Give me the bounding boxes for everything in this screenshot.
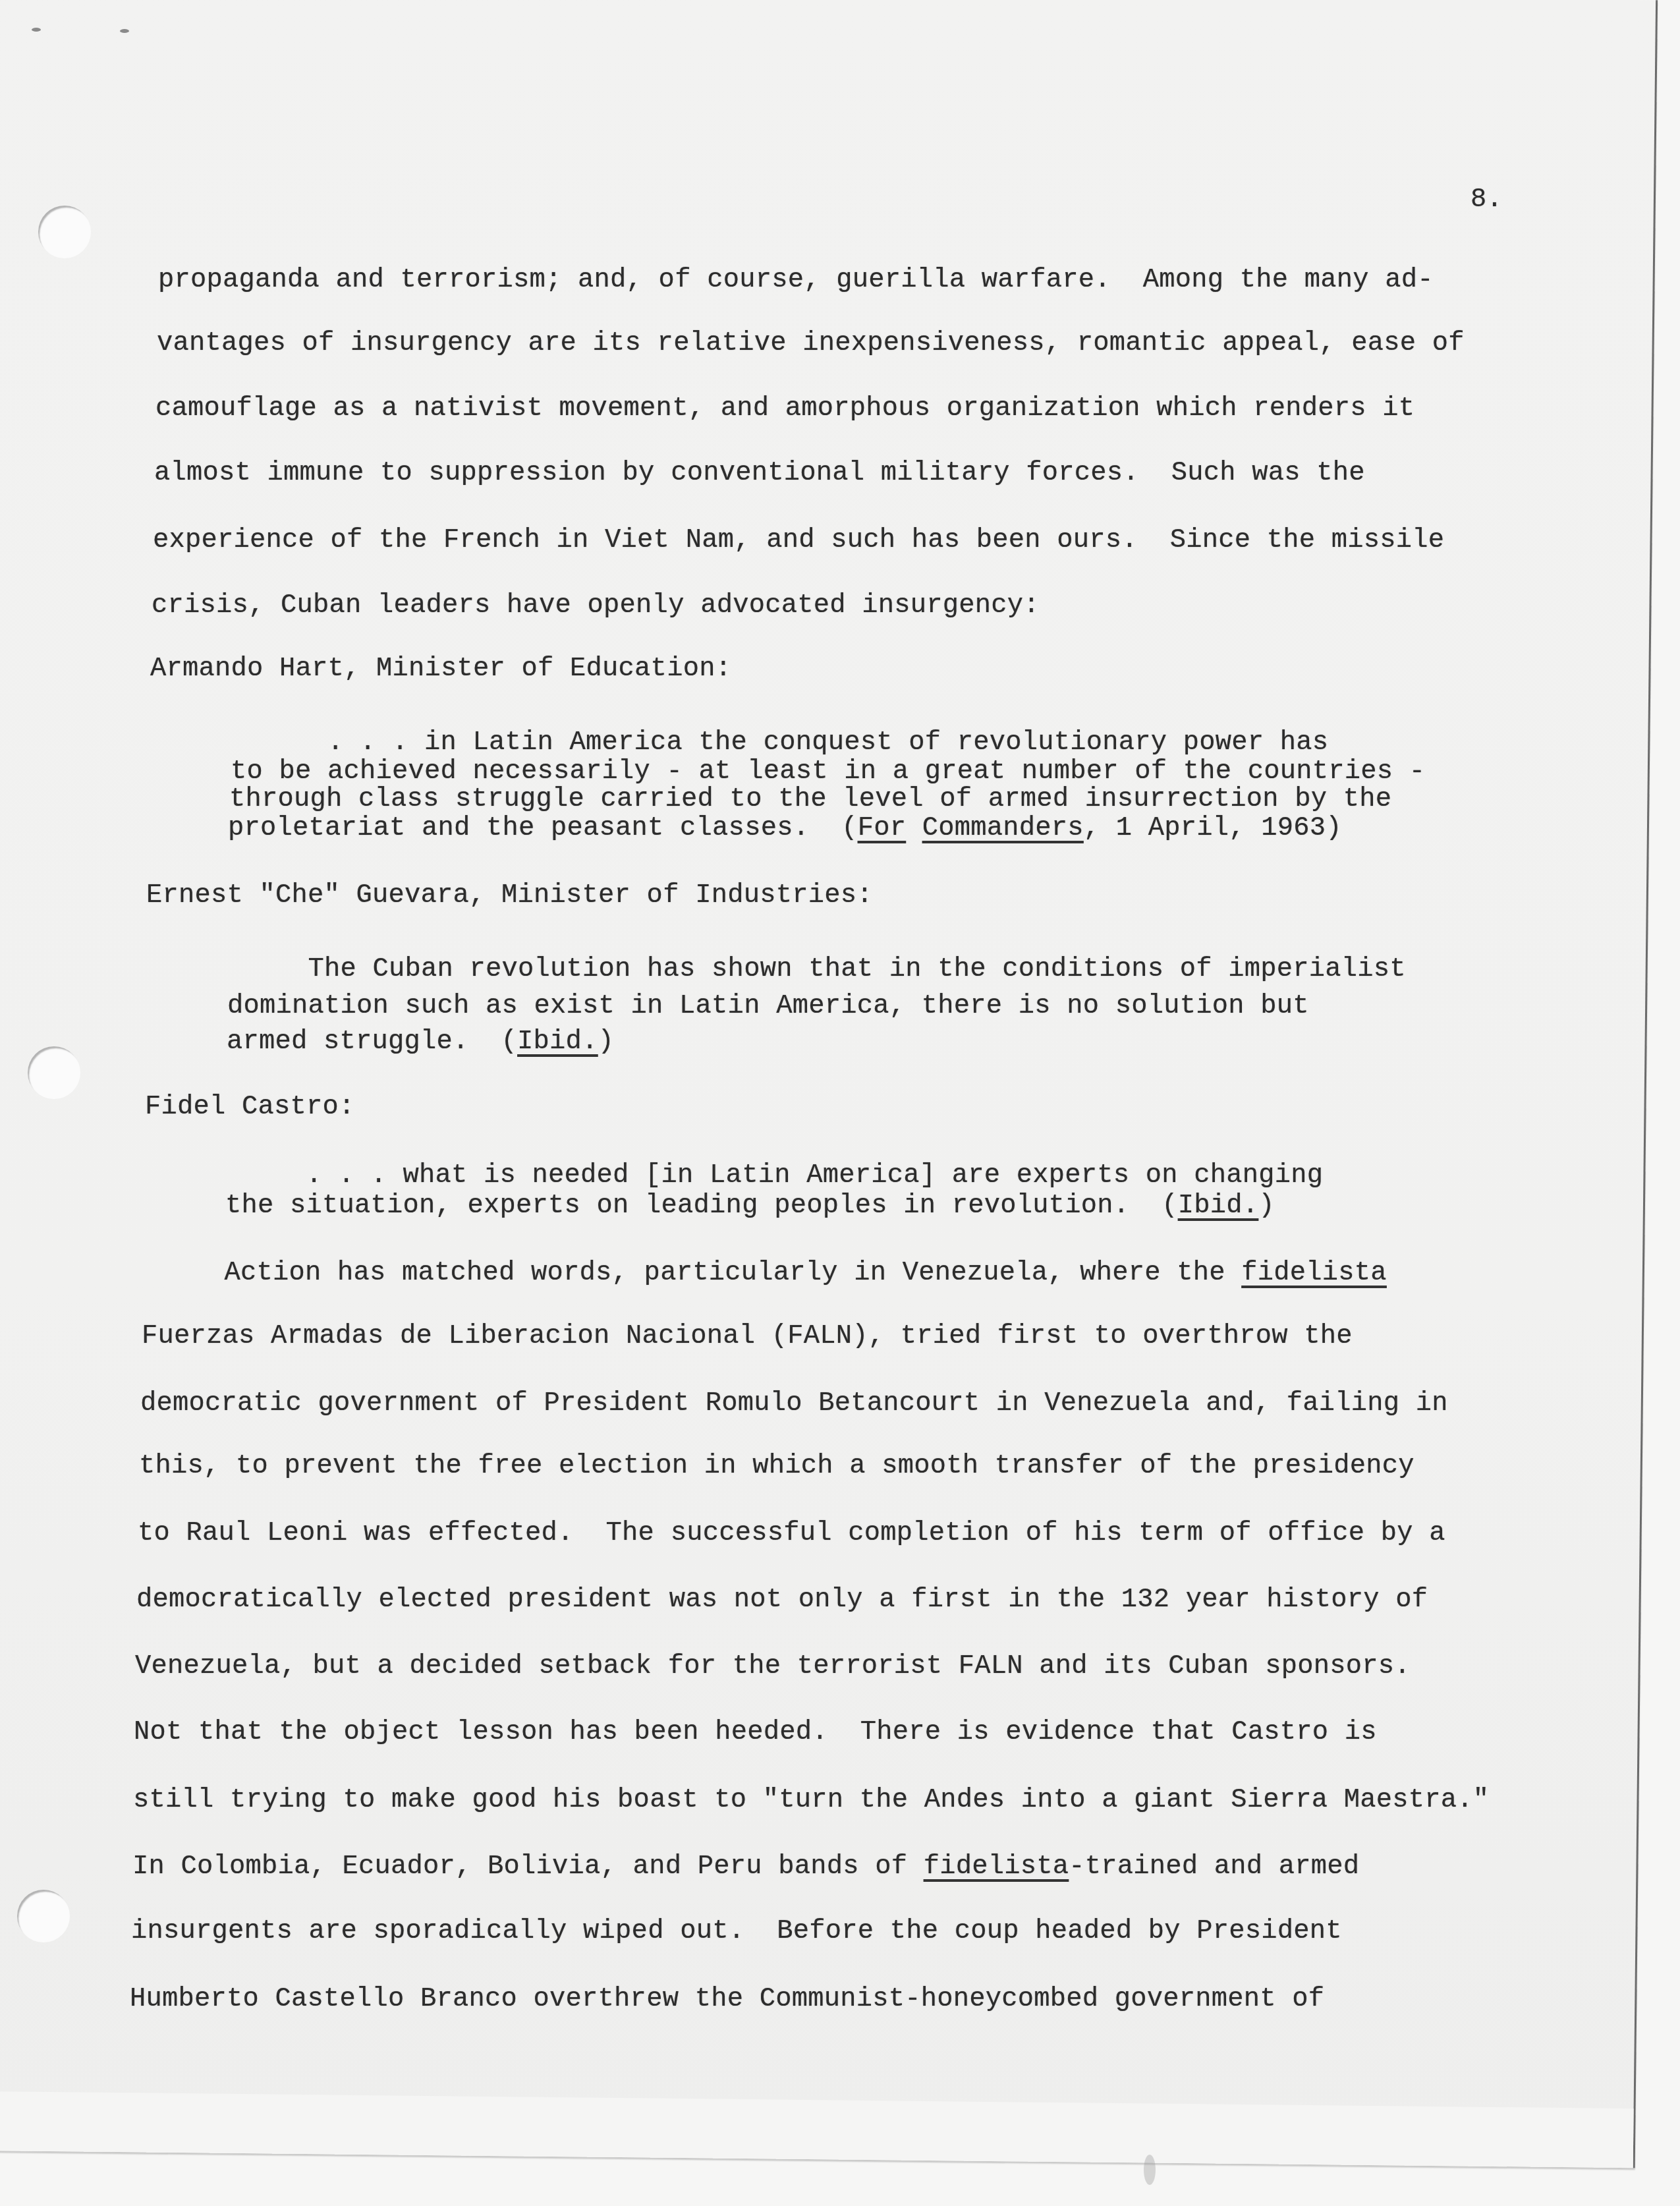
text-segment: to be achieved necessarily - at least in…	[231, 756, 1425, 787]
text-line: Humberto Castello Branco overthrew the C…	[130, 1985, 1324, 2014]
text-segment: . . . what is needed [in Latin America] …	[225, 1160, 1323, 1191]
text-line: Venezuela, but a decided setback for the…	[135, 1652, 1411, 1681]
text-segment: Not that the object lesson has been heed…	[134, 1717, 1377, 1747]
text-line: to be achieved necessarily - at least in…	[231, 757, 1425, 786]
text-segment: crisis, Cuban leaders have openly advoca…	[152, 590, 1040, 621]
text-segment: Ernest "Che" Guevara, Minister of Indust…	[146, 880, 873, 911]
text-line: proletariat and the peasant classes. (Fo…	[228, 814, 1342, 843]
text-line: In Colombia, Ecuador, Bolivia, and Peru …	[132, 1852, 1359, 1881]
text-segment: Humberto Castello Branco overthrew the C…	[130, 1984, 1324, 2014]
text-segment: , 1 April, 1963)	[1084, 813, 1342, 843]
text-segment: Fidel Castro:	[145, 1092, 355, 1122]
text-line: domination such as exist in Latin Americ…	[227, 992, 1309, 1021]
text-segment: propaganda and terrorism; and, of course…	[158, 265, 1434, 295]
text-line: almost immune to suppression by conventi…	[154, 459, 1365, 488]
underlined-text: Ibid.	[517, 1027, 598, 1057]
text-segment: Fuerzas Armadas de Liberacion Nacional (…	[142, 1321, 1353, 1351]
text-line: vantages of insurgency are its relative …	[157, 329, 1465, 358]
text-segment: still trying to make good his boast to "…	[133, 1785, 1489, 1815]
text-line: to Raul Leoni was effected. The successf…	[138, 1519, 1445, 1548]
underlined-text: fidelista	[924, 1852, 1069, 1882]
text-line: Ernest "Che" Guevara, Minister of Indust…	[146, 881, 873, 910]
text-segment	[906, 813, 922, 843]
text-line: camouflage as a nativist movement, and a…	[155, 394, 1414, 423]
underlined-text: Ibid.	[1178, 1191, 1259, 1221]
text-segment: Venezuela, but a decided setback for the…	[135, 1651, 1411, 1682]
text-segment: vantages of insurgency are its relative …	[157, 328, 1465, 358]
text-line: experience of the French in Viet Nam, an…	[153, 526, 1444, 555]
text-line: Armando Hart, Minister of Education:	[150, 654, 731, 683]
text-segment: through class struggle carried to the le…	[229, 784, 1391, 814]
text-segment: to Raul Leoni was effected. The successf…	[138, 1518, 1445, 1548]
text-line: Fidel Castro:	[145, 1092, 355, 1121]
typed-text-body: propaganda and terrorism; and, of course…	[0, 0, 1680, 2206]
text-segment: proletariat and the peasant classes. (	[228, 813, 858, 843]
underlined-text: fidelista	[1241, 1258, 1387, 1288]
text-line: insurgents are sporadically wiped out. B…	[131, 1917, 1342, 1946]
text-line: still trying to make good his boast to "…	[133, 1786, 1489, 1815]
text-line: crisis, Cuban leaders have openly advoca…	[152, 591, 1040, 620]
text-segment: . . . in Latin America the conquest of r…	[231, 727, 1328, 758]
text-line: Not that the object lesson has been heed…	[134, 1718, 1377, 1747]
text-line: democratically elected president was not…	[136, 1585, 1428, 1614]
text-segment: )	[1258, 1191, 1275, 1221]
text-line: . . . what is needed [in Latin America] …	[225, 1161, 1323, 1190]
text-segment: The Cuban revolution has shown that in t…	[227, 954, 1406, 984]
text-segment: this, to prevent the free election in wh…	[139, 1451, 1414, 1481]
text-segment: insurgents are sporadically wiped out. B…	[131, 1916, 1342, 1946]
text-line: Fuerzas Armadas de Liberacion Nacional (…	[142, 1322, 1353, 1351]
text-line: armed struggle. (Ibid.)	[227, 1027, 614, 1056]
text-segment: In Colombia, Ecuador, Bolivia, and Peru …	[132, 1852, 924, 1882]
text-segment: )	[598, 1027, 615, 1057]
text-line: through class struggle carried to the le…	[229, 785, 1391, 814]
text-segment: experience of the French in Viet Nam, an…	[153, 525, 1444, 555]
text-segment: camouflage as a nativist movement, and a…	[155, 393, 1414, 424]
text-segment: democratic government of President Romul…	[140, 1388, 1448, 1419]
text-line: The Cuban revolution has shown that in t…	[227, 955, 1406, 984]
text-line: this, to prevent the free election in wh…	[139, 1452, 1414, 1481]
text-segment: -trained and armed	[1069, 1852, 1359, 1882]
text-segment: domination such as exist in Latin Americ…	[227, 991, 1309, 1021]
text-segment: Armando Hart, Minister of Education:	[150, 654, 731, 684]
text-line: . . . in Latin America the conquest of r…	[231, 728, 1328, 757]
text-line: the situation, experts on leading people…	[225, 1191, 1275, 1220]
text-segment: Action has matched words, particularly i…	[144, 1258, 1241, 1288]
underlined-text: For	[858, 813, 907, 843]
text-line: propaganda and terrorism; and, of course…	[158, 266, 1434, 295]
text-segment: democratically elected president was not…	[136, 1585, 1428, 1615]
text-line: democratic government of President Romul…	[140, 1389, 1448, 1418]
text-segment: armed struggle. (	[227, 1027, 517, 1057]
text-segment: the situation, experts on leading people…	[225, 1191, 1178, 1221]
text-segment: almost immune to suppression by conventi…	[154, 458, 1365, 488]
text-line: Action has matched words, particularly i…	[144, 1259, 1387, 1287]
underlined-text: Commanders	[922, 813, 1084, 843]
